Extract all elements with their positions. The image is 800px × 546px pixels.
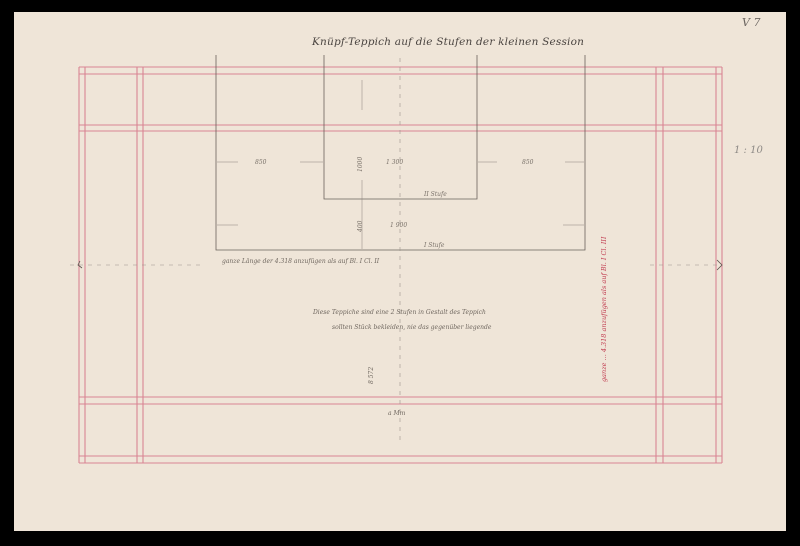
drawing-title: Knüpf-Teppich auf die Stufen der kleinen… [312, 36, 584, 48]
scale-label: 1 : 10 [734, 145, 763, 156]
step-outlines [216, 55, 585, 250]
center-note-line2: sollten Stück bekleiden, nie das gegenüb… [332, 324, 491, 331]
step-label-upper: II Stufe [424, 191, 447, 198]
side-red-note: ganze ... 4.318 anzufügen als auf Bl. I … [600, 237, 608, 382]
center-axes [70, 58, 722, 440]
dim-left-width: 850 [255, 159, 266, 166]
length-note: ganze Länge der 4.318 anzufügen als auf … [222, 258, 379, 265]
center-note-line1: Diese Teppiche sind eine 2 Stufen in Ges… [313, 309, 486, 316]
dim-center-width: 1 300 [386, 159, 403, 166]
dim-lower-depth: 400 [357, 221, 364, 232]
red-border-grid [79, 67, 722, 463]
sheet-number: V 7 [742, 16, 760, 29]
dim-right-width: 850 [522, 159, 533, 166]
dim-inner-depth: 1000 [357, 157, 364, 172]
vertical-dim-note: 8 572 [368, 367, 375, 384]
drawing-lines [0, 0, 800, 546]
step-label-lower: I Stufe [424, 242, 444, 249]
dim-lower-width: 1 900 [390, 222, 407, 229]
bottom-label: a Mm [388, 410, 405, 417]
